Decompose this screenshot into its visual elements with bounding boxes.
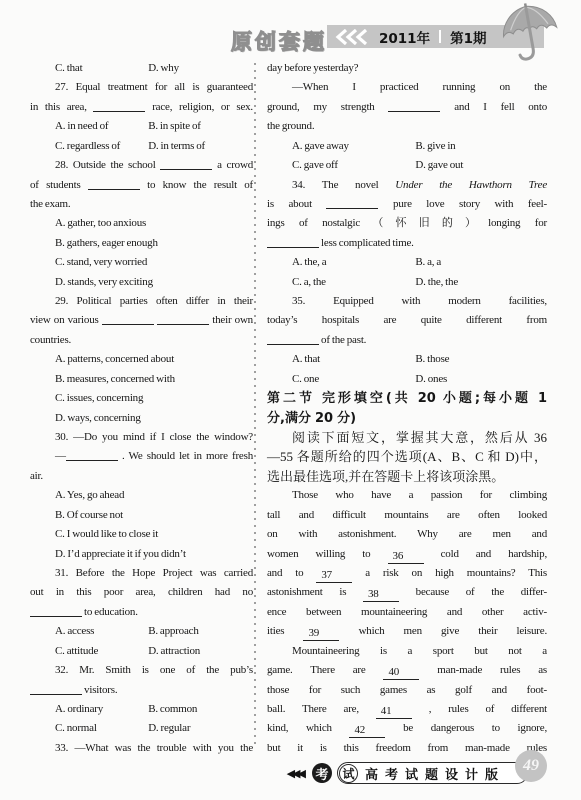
text-line: countries. [30,331,253,350]
option-a: C. gave off [292,159,338,171]
answer-blank [102,311,154,325]
text-line: today’s hospitals are quite different fr… [267,311,547,330]
footer-title: 高考试题设计版 [365,764,505,783]
text-line: ball. There are, 41 , rules of different [267,700,547,719]
page-header: 原创套题 2011年 第1期 [0,0,581,58]
text-line: 34. The novel Under the Hawthorn Tree [267,176,547,195]
answer-blank [267,331,319,345]
answer-blank [30,681,82,695]
text-line: air. [30,467,253,486]
header-year: 2011年 [379,27,430,47]
answer-blank [66,447,118,461]
shi-badge: 试 [339,764,358,783]
option-b: D. regular [148,719,190,738]
answer-blank [88,176,140,190]
text-line: in this area, race, religion, or sex. [30,98,253,117]
option-pair-line: A. the, aB. a, a [267,253,547,272]
option-pair-line: C. normalD. regular [30,719,253,738]
text-line: 28. Outside the school a crowd [30,156,253,175]
option-b: B. a, a [415,253,441,272]
magazine-logo: 原创套题 [231,26,327,56]
text-line: A. patterns, concerned about [30,350,253,369]
option-pair-line: A. accessB. approach [30,622,253,641]
answer-blank [30,603,82,617]
option-b: B. approach [148,622,198,641]
option-b: D. attraction [148,642,200,661]
header-separator [439,30,441,43]
option-a: C. a, the [292,276,326,288]
page-footer: ◀◀◀ 考 试 高考试题设计版 49 [287,755,547,791]
text-line: the ground. [267,117,547,136]
text-line: women willing to 36 cold and hardship, [267,545,547,564]
text-line: visitors. [30,681,253,700]
answer-blank: 40 [383,666,419,680]
text-line: —55 各题所给的四个选项(A、B、C 和 D)中， [267,447,547,466]
option-a: A. in need of [55,120,108,132]
text-line: C. I would like to close it [30,525,253,544]
text-line: tall and difficult mountains are often l… [267,506,547,525]
option-pair-line: A. ordinaryB. common [30,700,253,719]
text-line: to education. [30,603,253,622]
text-line: B. gathers, eager enough [30,234,253,253]
option-a: A. ordinary [55,703,103,715]
text-line: C. stand, very worried [30,253,253,272]
text-line: D. ways, concerning [30,409,253,428]
text-line: those for such games as golf and foot- [267,681,547,700]
option-pair-line: C. thatD. why [30,59,253,78]
text-line: ground, my strength and I fell onto [267,98,547,117]
text-line: kind, which 42 be dangerous to ignore, [267,719,547,738]
triple-left-arrows-icon: ◀◀◀ [287,767,307,780]
kao-badge: 考 [312,763,332,783]
text-line: 30. —Do you mind if I close the window? [30,428,253,447]
answer-blank: 38 [363,588,399,602]
option-a: A. the, a [292,256,326,268]
left-column: C. thatD. why27. Equal treatment for all… [30,59,253,758]
text-line: game. There are 40 man-made rules as [267,661,547,680]
answer-blank: 37 [316,569,352,583]
text-line: C. issues, concerning [30,389,253,408]
option-a: C. that [55,62,82,74]
option-pair-line: A. gave awayB. give in [267,137,547,156]
option-b: D. gave out [415,156,463,175]
text-line: A. gather, too anxious [30,214,253,233]
triple-chevron-icon [335,29,369,45]
option-a: A. gave away [292,140,349,152]
text-line: D. I’d appreciate it if you didn’t [30,545,253,564]
italic-title: Under the Hawthorn Tree [395,179,547,191]
option-b: B. those [415,350,449,369]
text-line: and to 37 a risk on high mountains? This [267,564,547,583]
text-line: 阅读下面短文，掌握其大意，然后从 36 [267,428,547,447]
option-pair-line: C. oneD. ones [267,370,547,389]
text-line: 第二节 完形填空(共 20 小题;每小题 1 [267,389,547,408]
answer-blank [388,98,440,112]
text-line: less complicated time. [267,234,547,253]
text-line: out in this poor area, children had no [30,583,253,602]
option-b: D. the, the [415,273,458,292]
text-line: 35. Equipped with modern facilities, [267,292,547,311]
answer-blank [93,98,145,112]
text-line: ings of nostalgic（怀旧的）longing for [267,214,547,233]
text-line: D. stands, very exciting [30,273,253,292]
right-column: day before yesterday?—When I practiced r… [267,59,547,758]
option-a: C. attitude [55,645,98,657]
answer-blank [160,156,212,170]
text-line: Mountaineering is a sport but not a [267,642,547,661]
answer-blank [326,195,378,209]
option-b: B. common [148,700,197,719]
text-line: ence between mountaineering and other ac… [267,603,547,622]
text-line: —When I practiced running on the [267,78,547,97]
option-a: A. that [292,353,320,365]
text-line: view on various their own [30,311,253,330]
option-pair-line: A. in need ofB. in spite of [30,117,253,136]
text-line: ities 39 which men give their leisure. [267,622,547,641]
option-a: C. normal [55,722,97,734]
text-line: B. measures, concerned with [30,370,253,389]
text-line: 29. Political parties often differ in th… [30,292,253,311]
option-a: C. regardless of [55,140,120,152]
text-line: 32. Mr. Smith is one of the pub’s [30,661,253,680]
option-b: D. in terms of [148,137,205,156]
option-a: A. access [55,625,94,637]
option-pair-line: C. attitudeD. attraction [30,642,253,661]
text-line: A. Yes, go ahead [30,486,253,505]
text-line: of the past. [267,331,547,350]
option-b: B. in spite of [148,117,201,136]
option-b: B. give in [415,137,455,156]
option-pair-line: C. gave offD. gave out [267,156,547,175]
option-pair-line: C. regardless ofD. in terms of [30,137,253,156]
page-number: 49 [515,750,547,782]
answer-blank: 39 [303,627,339,641]
option-pair-line: A. thatB. those [267,350,547,369]
answer-blank: 41 [376,705,412,719]
option-a: C. one [292,373,319,385]
text-line: on with astonishment. Why are men and [267,525,547,544]
footer-title-pill: 试 高考试题设计版 [337,762,528,784]
text-line: — . We should let in more fresh [30,447,253,466]
answer-blank [157,311,209,325]
text-line: B. Of course not [30,506,253,525]
text-line: 33. —What was the trouble with you the [30,739,253,758]
text-line: is about pure love story with feel- [267,195,547,214]
text-line: of students to know the result of [30,176,253,195]
header-issue: 第1期 [450,27,486,47]
option-b: D. why [148,59,179,78]
answer-blank: 36 [388,550,424,564]
option-b: D. ones [415,370,447,389]
text-line: day before yesterday? [267,59,547,78]
text-line: astonishment is 38 because of the differ… [267,583,547,602]
text-line: 31. Before the Hope Project was carried [30,564,253,583]
text-line: 27. Equal treatment for all is guarantee… [30,78,253,97]
umbrella-icon [497,1,563,68]
answer-blank: 42 [349,724,385,738]
text-line: 分,满分 20 分) [267,409,547,428]
text-line: 选出最佳选项,并在答题卡上将该项涂黑。 [267,467,547,486]
text-line: Those who have a passion for climbing [267,486,547,505]
option-pair-line: C. a, theD. the, the [267,273,547,292]
answer-blank [267,234,319,248]
column-divider [254,63,256,749]
text-line: the exam. [30,195,253,214]
